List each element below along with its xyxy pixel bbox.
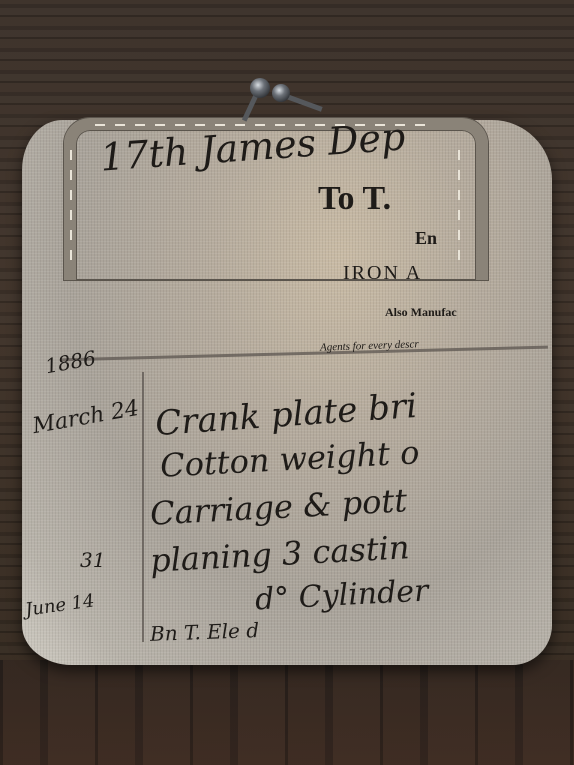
wood-surface-foreground bbox=[0, 660, 574, 765]
ledger-line-6: Bn T. Ele d bbox=[150, 618, 260, 646]
kiss-lock-ball-right bbox=[272, 84, 290, 102]
kiss-lock-ball-left bbox=[250, 78, 270, 98]
printed-subheading: En bbox=[415, 228, 437, 249]
ledger-date-2: 31 bbox=[80, 548, 105, 572]
printed-heading: To T. bbox=[318, 180, 391, 218]
printed-also-text: Also Manufac bbox=[385, 305, 457, 320]
frame-stitching-left bbox=[70, 150, 72, 260]
printed-iron-text: IRON A bbox=[343, 262, 422, 285]
frame-stitching-right bbox=[458, 150, 460, 260]
ledger-margin-line bbox=[142, 372, 144, 642]
